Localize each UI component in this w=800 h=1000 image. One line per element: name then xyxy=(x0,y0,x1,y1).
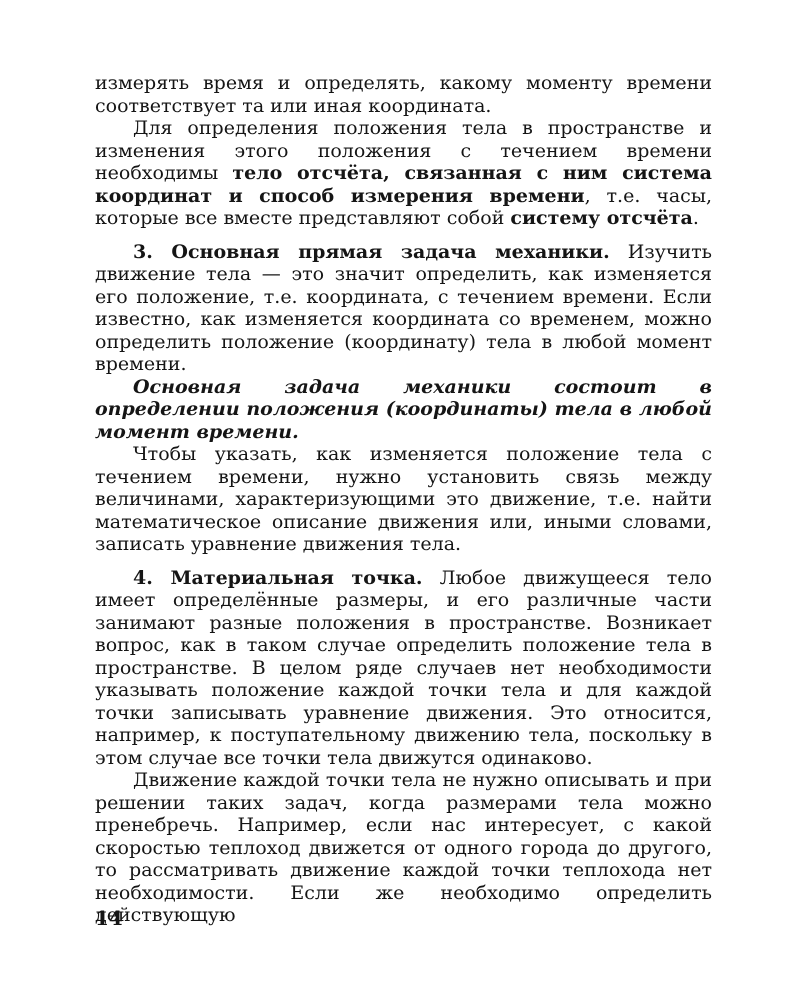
emphasized-statement: Основная задача механики состоит в опред… xyxy=(95,376,712,443)
section-3-main-problem: 3. Основная прямая задача механики. Изуч… xyxy=(95,241,712,376)
section-3-heading: 3. Основная прямая задача механики. xyxy=(133,241,610,263)
paragraph-equation-of-motion: Чтобы указать, как изменяется положение … xyxy=(95,443,712,556)
paragraph-neglect-body-size: Движение каждой точки тела не нужно опис… xyxy=(95,769,712,927)
paragraph-time-measurement: измерять время и определять, какому моме… xyxy=(95,72,712,117)
text-run: Любое движущееся тело имеет определённые… xyxy=(95,567,712,769)
text-run: . xyxy=(693,207,699,229)
paragraph-reference-system: Для определения положения тела в простра… xyxy=(95,117,712,230)
bold-term-frame-of-reference: систему отсчёта xyxy=(510,207,692,229)
book-page: измерять время и определять, какому моме… xyxy=(0,0,800,1000)
text-run: Чтобы указать, как изменяется положение … xyxy=(95,443,712,555)
page-text-column: измерять время и определять, какому моме… xyxy=(95,72,712,927)
text-run: измерять время и определять, какому моме… xyxy=(95,72,712,117)
paragraph-main-task-statement: Основная задача механики состоит в опред… xyxy=(95,376,712,444)
section-4-heading: 4. Материальная точка. xyxy=(133,567,423,589)
section-4-material-point: 4. Материальная точка. Любое движущееся … xyxy=(95,567,712,770)
text-run: Движение каждой точки тела не нужно опис… xyxy=(95,769,712,926)
page-number: 14 xyxy=(95,906,123,930)
